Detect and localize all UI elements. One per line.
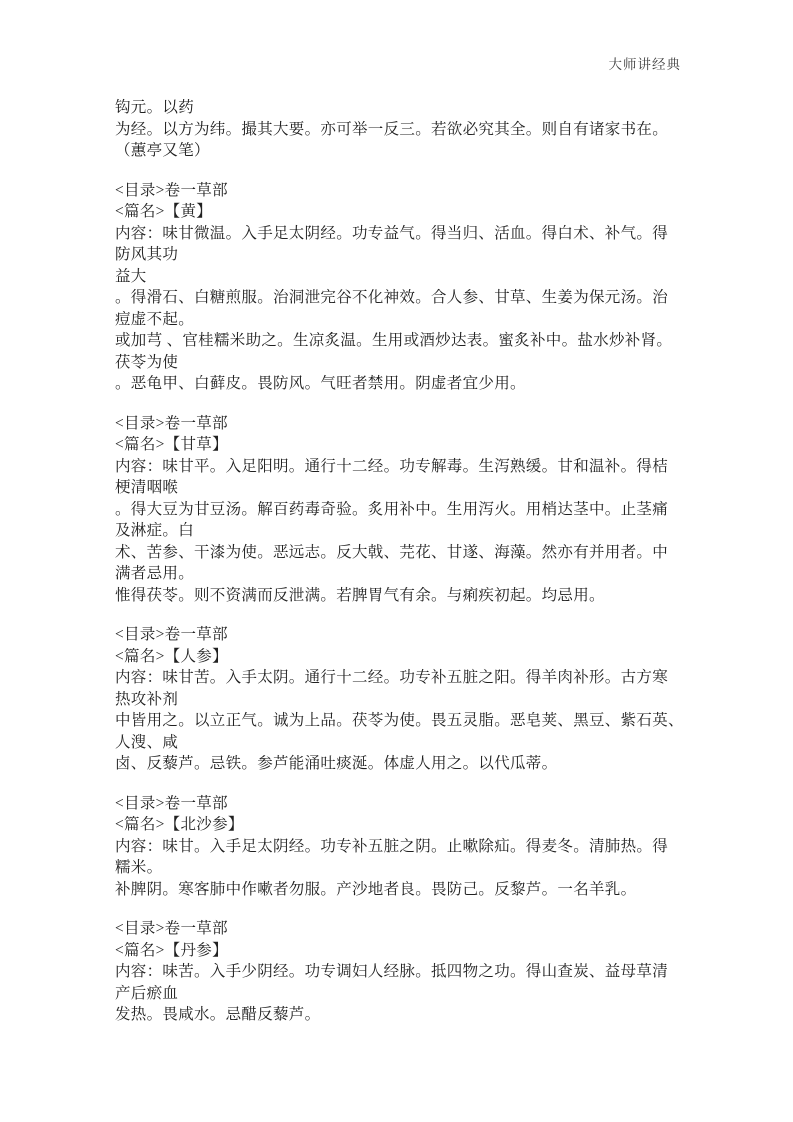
section-toc: <目录>卷一草部 [115,413,725,435]
body-line: 卤、反藜芦。忌铁。参芦能涌吐痰涎。体虚人用之。以代瓜蒂。 [115,753,725,775]
intro-paragraph: 钩元。以药 为经。以方为纬。撮其大要。亦可举一反三。若欲必究其全。则自有诸家书在… [115,97,725,162]
body-line: 防风其功 [115,244,725,266]
body-line: 内容：味甘。入手足太阴经。功专补五脏之阴。止嗽除疝。得麦冬。清肺热。得 [115,836,725,858]
body-line: 热攻补剂 [115,689,725,711]
body-line: 及淋症。白 [115,520,725,542]
body-line: 痘虚不起。 [115,309,725,331]
section-gancao: <目录>卷一草部 <篇名>【甘草】 内容：味甘平。入足阳明。通行十二经。功专解毒… [115,413,725,607]
body-line: 内容：味甘平。入足阳明。通行十二经。功专解毒。生泻熟缓。甘和温补。得桔 [115,456,725,478]
section-renshen: <目录>卷一草部 <篇名>【人参】 内容：味甘苦。入手太阴。通行十二经。功专补五… [115,624,725,775]
page-header: 大师讲经典 [609,56,682,74]
body-line: 发热。畏咸水。忌醋反藜芦。 [115,1004,725,1026]
body-line: 产后瘀血 [115,983,725,1005]
body-line: 益大 [115,266,725,288]
body-line: 内容：味甘苦。入手太阴。通行十二经。功专补五脏之阳。得羊肉补形。古方寒 [115,667,725,689]
section-danshen: <目录>卷一草部 <篇名>【丹参】 内容：味苦。入手少阴经。功专调妇人经脉。抵四… [115,918,725,1026]
section-toc: <目录>卷一草部 [115,624,725,646]
document-page: 大师讲经典 钩元。以药 为经。以方为纬。撮其大要。亦可举一反三。若欲必究其全。则… [0,0,793,1122]
body-line: 茯苓为使 [115,352,725,374]
body-line: 术、苦参、干漆为使。恶远志。反大戟、芫花、甘遂、海藻。然亦有并用者。中 [115,542,725,564]
section-toc: <目录>卷一草部 [115,180,725,202]
section-title: <篇名>【甘草】 [115,434,725,456]
section-title: <篇名>【人参】 [115,646,725,668]
intro-line: 为经。以方为纬。撮其大要。亦可举一反三。若欲必究其全。则自有诸家书在。 [115,119,725,141]
body-line: 糯米。 [115,857,725,879]
section-title: <篇名>【黄】 [115,201,725,223]
body-line: 中皆用之。以立正气。诚为上品。茯苓为使。畏五灵脂。恶皂荚、黑豆、紫石英、 [115,710,725,732]
intro-line: 钩元。以药 [115,97,725,119]
body-line: 梗清咽喉 [115,477,725,499]
body-line: 惟得茯苓。则不资满而反泄满。若脾胃气有余。与痢疾初起。均忌用。 [115,585,725,607]
section-toc: <目录>卷一草部 [115,793,725,815]
document-body: 钩元。以药 为经。以方为纬。撮其大要。亦可举一反三。若欲必究其全。则自有诸家书在… [115,97,725,1026]
body-line: 。恶龟甲、白藓皮。畏防风。气旺者禁用。阴虚者宜少用。 [115,373,725,395]
body-line: 或加芎 、官桂糯米助之。生凉炙温。生用或酒炒达表。蜜炙补中。盐水炒补肾。 [115,330,725,352]
body-line: 内容：味甘微温。入手足太阴经。功专益气。得当归、活血。得白术、补气。得 [115,223,725,245]
section-beishashen: <目录>卷一草部 <篇名>【北沙参】 内容：味甘。入手足太阴经。功专补五脏之阴。… [115,793,725,901]
body-line: 。得大豆为甘豆汤。解百药毒奇验。炙用补中。生用泻火。用梢达茎中。止茎痛 [115,499,725,521]
body-line: 满者忌用。 [115,563,725,585]
body-line: 。得滑石、白糖煎服。治洞泄完谷不化神效。合人参、甘草、生姜为保元汤。治 [115,287,725,309]
section-title: <篇名>【丹参】 [115,940,725,962]
section-huang: <目录>卷一草部 <篇名>【黄】 内容：味甘微温。入手足太阴经。功专益气。得当归… [115,180,725,395]
intro-line: （蕙亭又笔） [115,140,725,162]
body-line: 补脾阴。寒客肺中作嗽者勿服。产沙地者良。畏防己。反黎芦。一名羊乳。 [115,879,725,901]
section-toc: <目录>卷一草部 [115,918,725,940]
body-line: 人溲、咸 [115,732,725,754]
section-title: <篇名>【北沙参】 [115,814,725,836]
body-line: 内容：味苦。入手少阴经。功专调妇人经脉。抵四物之功。得山查炭、益母草清 [115,961,725,983]
